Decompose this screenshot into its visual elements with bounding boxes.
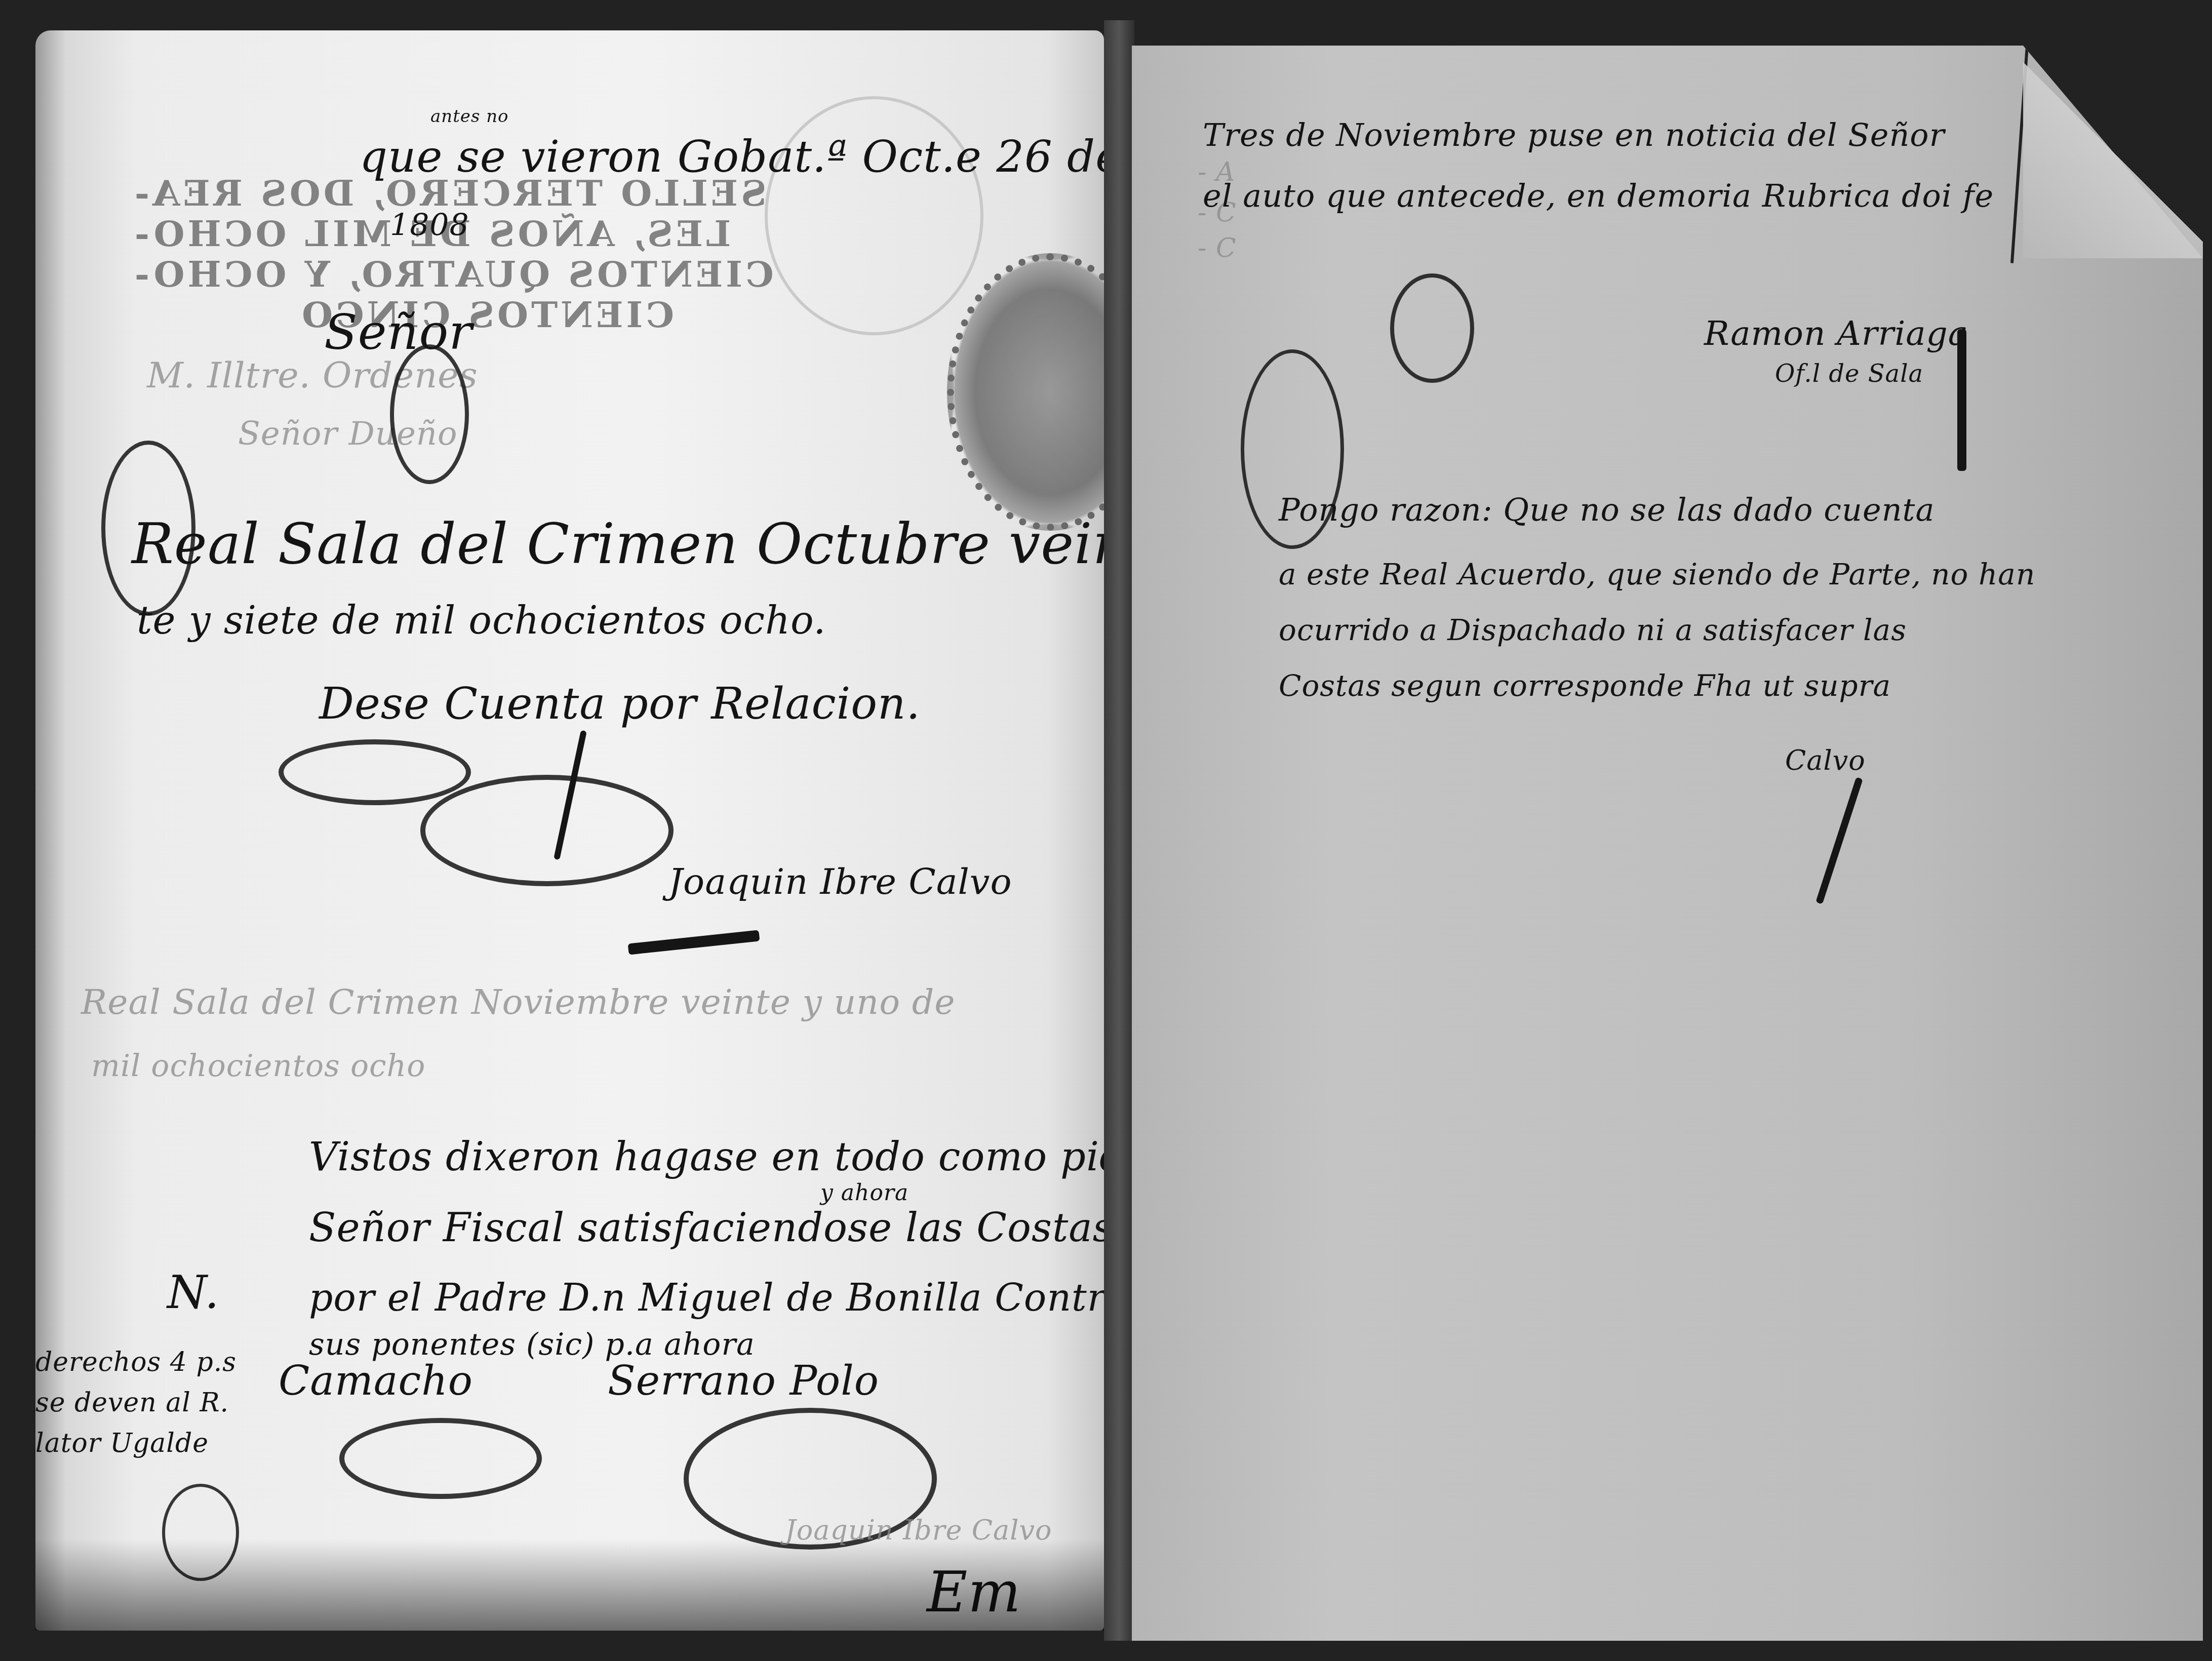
stamped-line-3: CIENTOS QUATRO, Y OCHO- (132, 253, 774, 295)
stamped-year-note: 1808 (390, 208, 469, 243)
signature-2: Joaquin Ibre Calvo (785, 1514, 1052, 1546)
decree-interlinear: y ahora (820, 1180, 908, 1206)
margin-note-2: se deven al R. (35, 1388, 229, 1418)
book-spine (1104, 20, 1134, 1641)
body-line-4: Costas segun corresponde Fha ut supra (1279, 668, 1891, 703)
scanned-spread: antes no que se vieron Gobat.ª Oct.e 26 … (0, 0, 2212, 1661)
header-small-note: antes no (430, 106, 509, 127)
body-line-3: Dese Cuenta por Relacion. (319, 679, 921, 729)
body-line-2: te y siete de mil ochocientos ocho. (137, 598, 826, 643)
decree-line-3: por el Padre D.n Miguel de Bonilla Contr… (309, 1276, 1128, 1320)
flourish-e-mark (390, 344, 469, 484)
signature-underline (628, 930, 760, 955)
salutation: Señor (324, 304, 472, 361)
signature-bottom-2: Serrano Polo (608, 1357, 879, 1404)
faded-paragraph-2: mil ochocientos ocho (91, 1048, 425, 1084)
closing-rubric (1815, 777, 1863, 904)
notice-line-2: el auto que antecede, en demoria Rubrica… (1203, 177, 1994, 214)
rubric-scribble-3 (339, 1418, 542, 1499)
rubric-vertical (1957, 329, 1966, 471)
signature-title: Of.l de Sala (1775, 360, 1923, 388)
right-page: - A - C - C Tres de Noviembre puse en no… (1132, 46, 2203, 1641)
signature-1: Joaquin Ibre Calvo (668, 861, 1012, 902)
notice-line-1: Tres de Noviembre puse en noticia del Se… (1203, 116, 1945, 153)
faded-paragraph-1: Real Sala del Crimen Noviembre veinte y … (81, 982, 955, 1022)
margin-note-1: derechos 4 p.s (35, 1347, 236, 1377)
signature-bottom-1: Camacho (279, 1357, 473, 1404)
body-line-1: Pongo razon: Que no se las dado cuenta (1279, 491, 1935, 528)
decree-line-1: Vistos dixeron hagase en todo como pide … (309, 1134, 1199, 1180)
closing-signature: Calvo (1785, 744, 1866, 776)
rubric-scribble-1 (279, 739, 471, 805)
body-line-3: ocurrido a Dispachado ni a satisfacer la… (1279, 613, 1907, 647)
body-line-2: a este Real Acuerdo, que siendo de Parte… (1279, 557, 2035, 591)
decree-line-2: Señor Fiscal satisfaciendose las Costas (309, 1205, 1114, 1251)
left-page: antes no que se vieron Gobat.ª Oct.e 26 … (35, 30, 1104, 1631)
folded-corner (2023, 46, 2203, 258)
margin-initial: N. (167, 1266, 220, 1319)
flourish-e-mark (1390, 273, 1474, 383)
signature-arriaga: Ramon Arriaga (1704, 314, 1968, 353)
margin-note-3: lator Ugalde (35, 1428, 209, 1458)
rubric-mark: Em (927, 1560, 1021, 1625)
faded-stamp-3: - C (1198, 233, 1237, 263)
margin-flourish (162, 1484, 239, 1581)
rubric-scribble-2 (420, 775, 674, 886)
body-line-1: Real Sala del Crimen Octubre vein- (132, 511, 1148, 576)
